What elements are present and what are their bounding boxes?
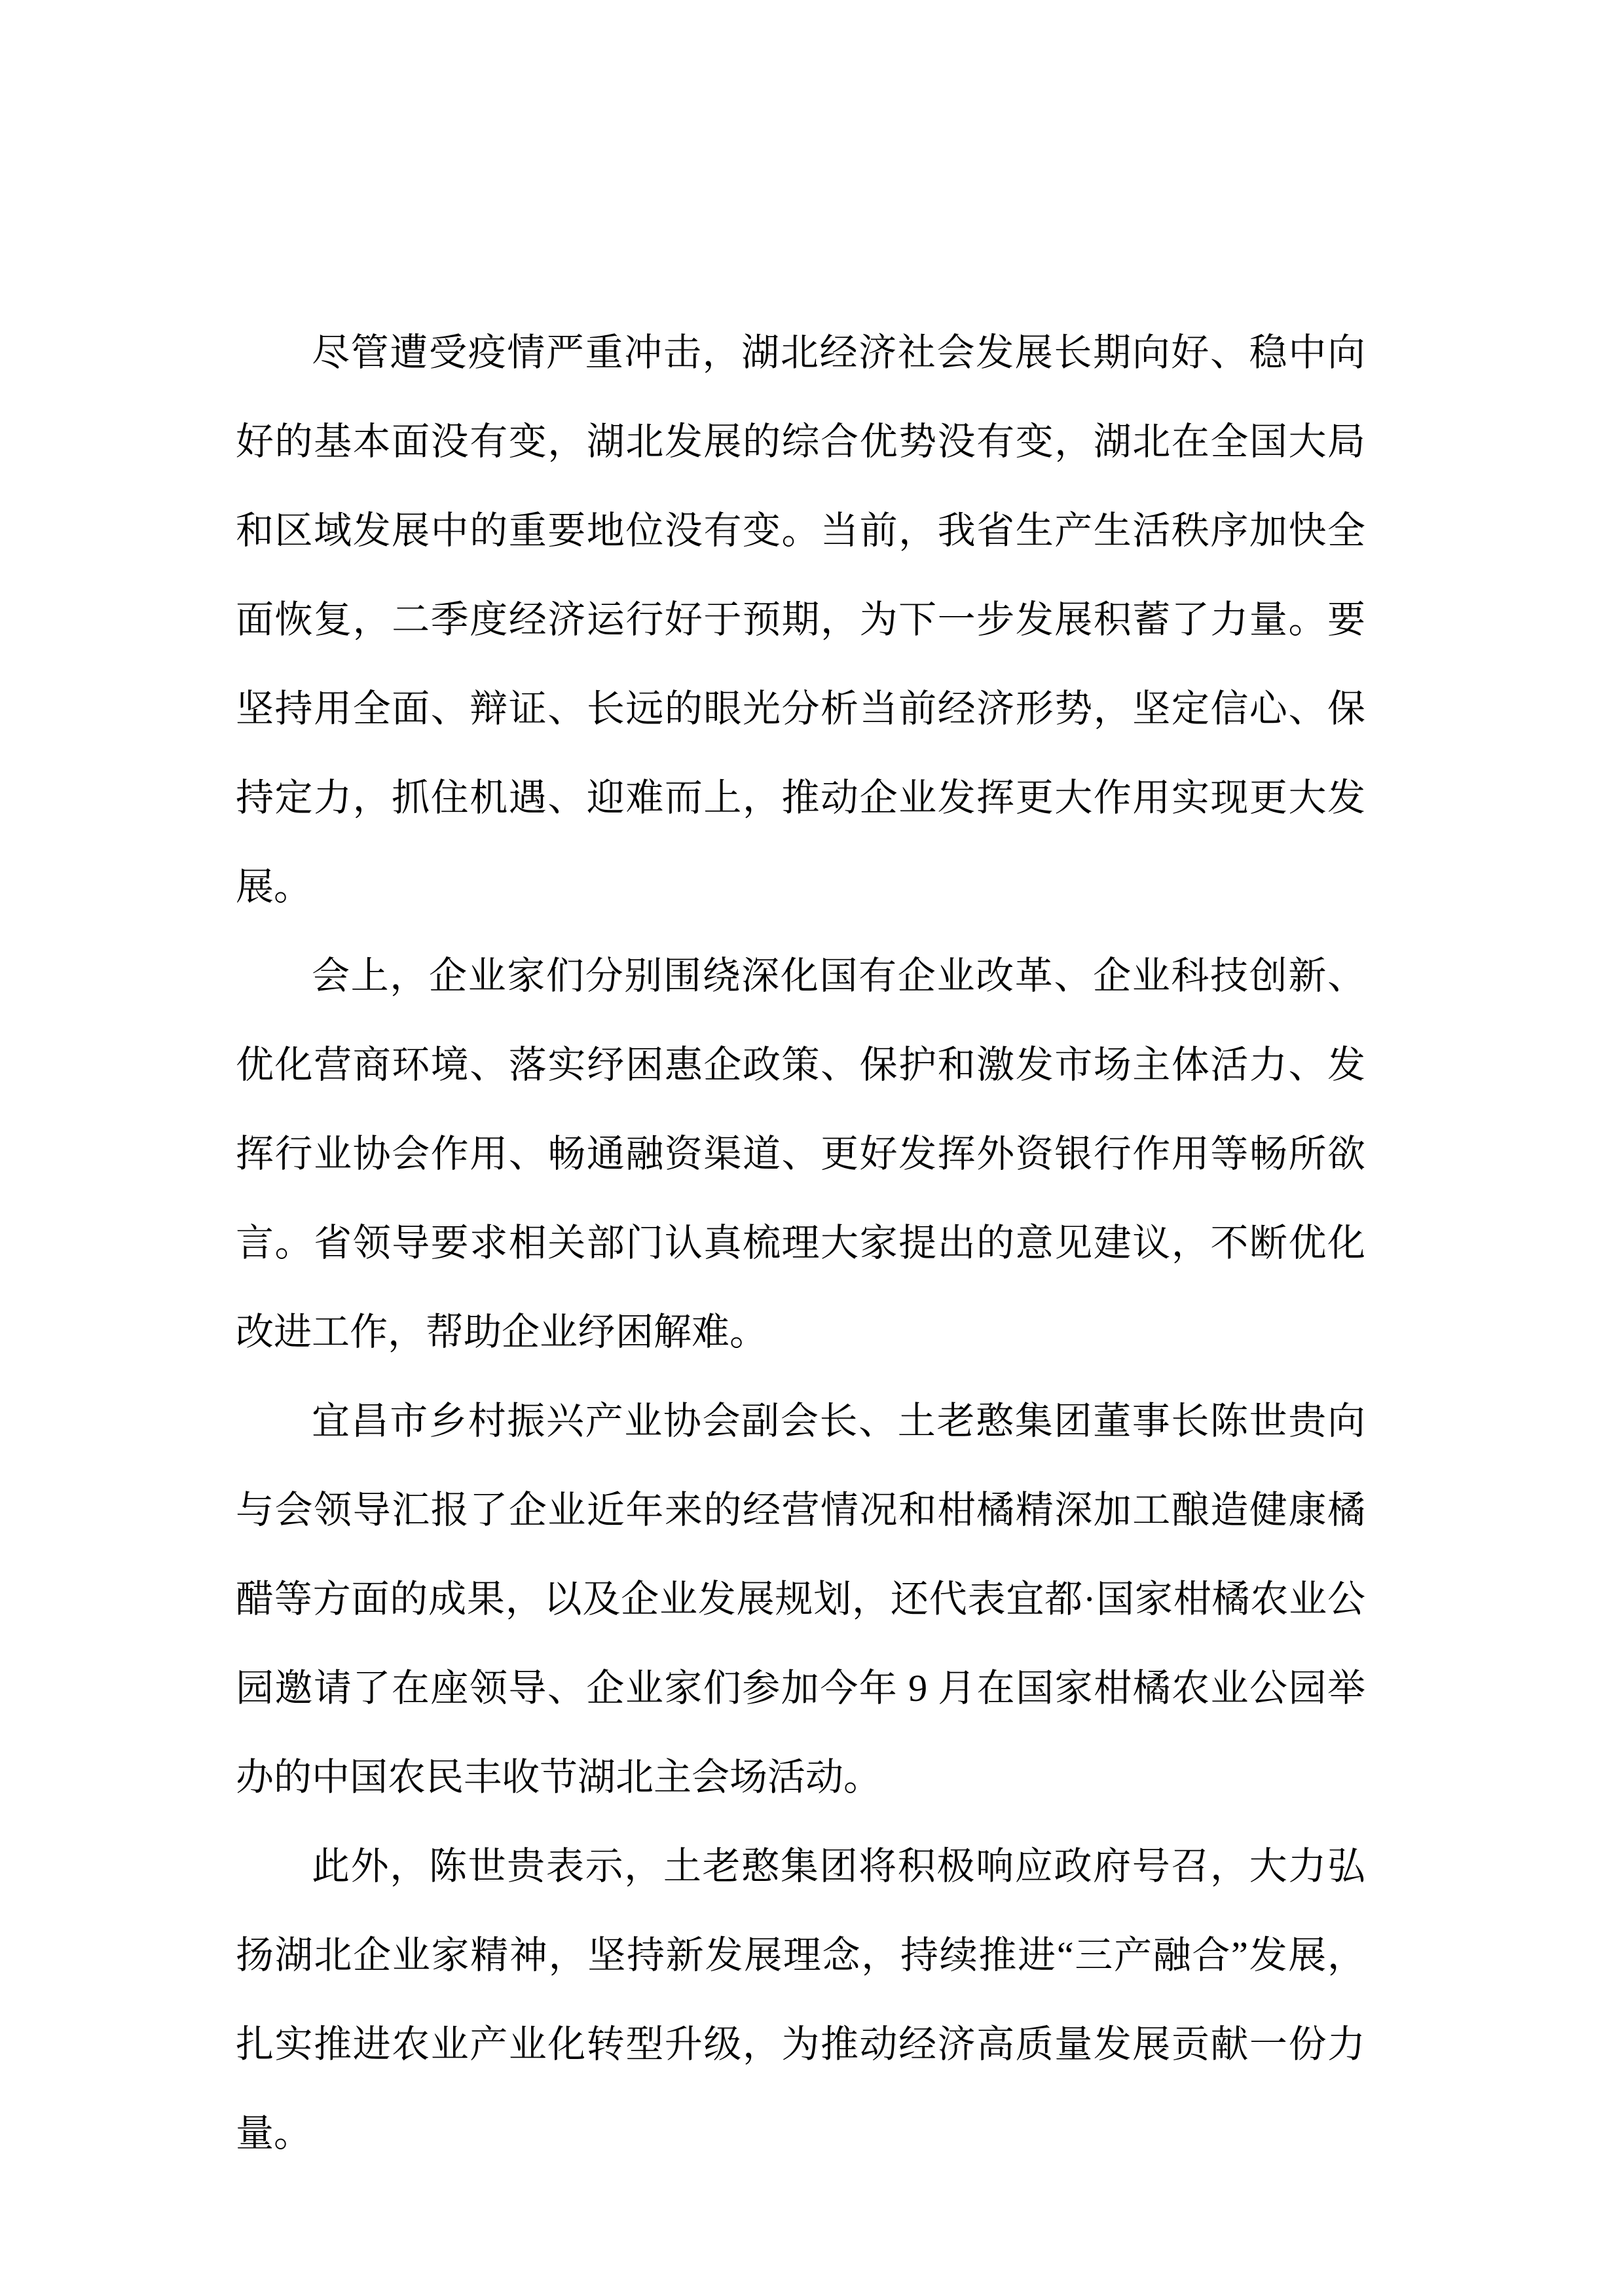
paragraph-2: 会上，企业家们分别围绕深化国有企业改革、企业科技创新、优化营商环境、落实纾困惠企… — [236, 932, 1365, 1377]
document-page: 尽管遭受疫情严重冲击，湖北经济社会发展长期向好、稳中向好的基本面没有变，湖北发展… — [0, 0, 1624, 2296]
paragraph-4: 此外，陈世贵表示，土老憨集团将积极响应政府号召，大力弘扬湖北企业家精神，坚持新发… — [236, 1822, 1365, 2178]
paragraph-1: 尽管遭受疫情严重冲击，湖北经济社会发展长期向好、稳中向好的基本面没有变，湖北发展… — [236, 308, 1365, 932]
paragraph-3: 宜昌市乡村振兴产业协会副会长、土老憨集团董事长陈世贵向与会领导汇报了企业近年来的… — [236, 1377, 1365, 1822]
